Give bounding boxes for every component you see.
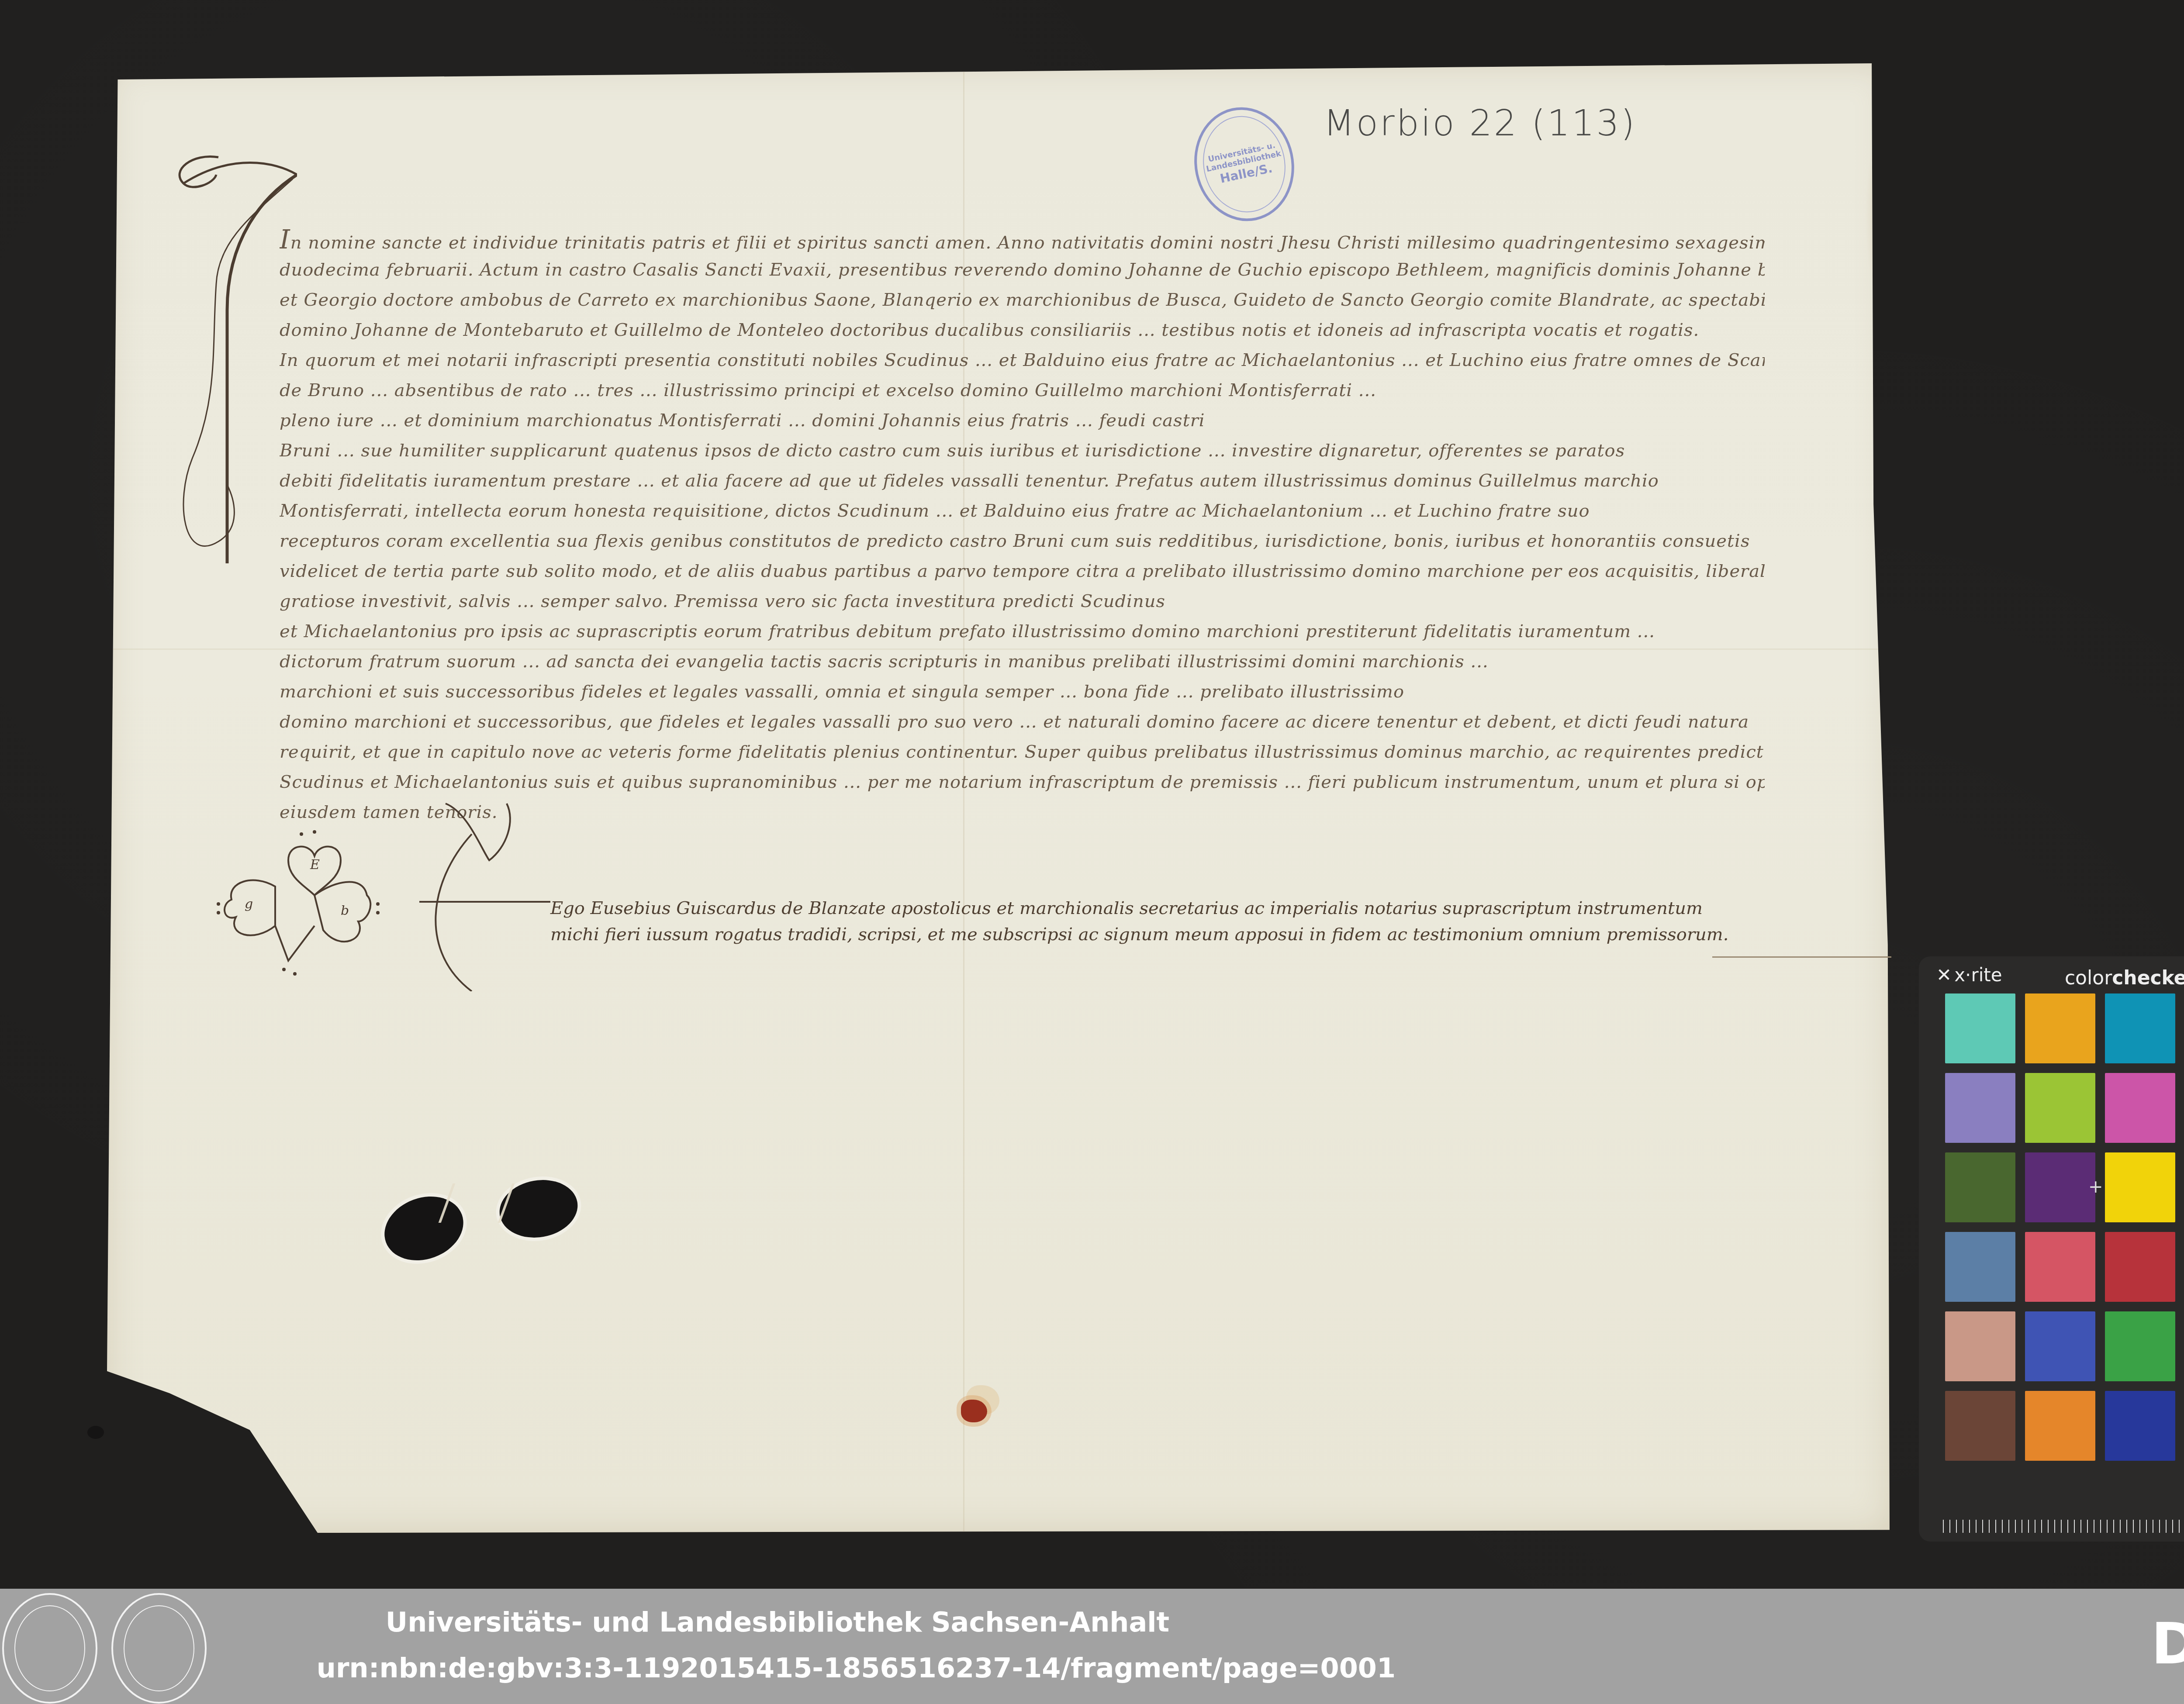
charter-line: duodecima februarii. Actum in castro Cas…	[280, 255, 1765, 285]
color-swatch	[1945, 1232, 2015, 1302]
urn-identifier[interactable]: urn:nbn:de:gbv:3:3-1192015415-1856516237…	[0, 1652, 1712, 1684]
institution-name: Universitäts- und Landesbibliothek Sachs…	[0, 1606, 1555, 1638]
color-swatch	[2025, 1152, 2095, 1222]
charter-line: domino marchioni et successoribus, que f…	[280, 707, 1765, 737]
charter-line: marchioni et suis successoribus fideles …	[280, 677, 1765, 707]
footer-bar: Universitäts- und Landesbibliothek Sachs…	[0, 1589, 2184, 1704]
charter-line: In quorum et mei notarii infrascripti pr…	[280, 345, 1765, 376]
color-swatch	[1945, 1391, 2015, 1461]
dfg-logo: DFG	[2151, 1611, 2184, 1677]
charter-line: domino Johanne de Montebaruto et Guillel…	[280, 315, 1765, 345]
subscription-line: Ego Eusebius Guiscardus de Blanzate apos…	[550, 895, 1773, 921]
color-swatch	[1945, 1311, 2015, 1381]
color-swatch	[2025, 1391, 2095, 1461]
charter-line: Scudinus et Michaelantonius suis et quib…	[280, 767, 1765, 797]
color-swatch	[2025, 1232, 2095, 1302]
charter-line: gratiose investivit, salvis ... semper s…	[280, 586, 1765, 617]
charter-body-text: In nomine sancte et individue trinitatis…	[280, 225, 1765, 828]
charter-line: et Michaelantonius pro ipsis ac suprascr…	[280, 617, 1765, 647]
color-swatch	[1945, 1152, 2015, 1222]
initial-letter-icon	[166, 127, 297, 572]
punch-hole	[87, 1426, 104, 1439]
subscription-line: michi fieri iussum rogatus tradidi, scri…	[550, 921, 1773, 948]
charter-line: de Bruno ... absentibus de rato ... tres…	[280, 376, 1765, 406]
signum-letter-b: b	[341, 903, 349, 918]
charter-line: debiti fidelitatis iuramentum prestare .…	[280, 466, 1765, 496]
shelfmark-annotation: Morbio 22 (113)	[1324, 103, 1637, 144]
notary-subscription: Ego Eusebius Guiscardus de Blanzate apos…	[550, 895, 1773, 948]
signum-letter-g: g	[245, 897, 253, 912]
color-swatch	[2105, 1073, 2175, 1143]
signum-letter-e: E	[310, 857, 320, 873]
color-swatch	[2105, 1391, 2175, 1461]
color-swatch-grid	[1932, 980, 2184, 1461]
charter-line: requirit, et que in capitulo nove ac vet…	[280, 737, 1765, 767]
charter-line: recepturos coram excellentia sua flexis …	[280, 526, 1765, 556]
charter-line: Bruni ... sue humiliter supplicarunt qua…	[280, 436, 1765, 466]
charter-line: pleno iure ... et dominium marchionatus …	[280, 406, 1765, 436]
ruled-line	[1712, 956, 1891, 958]
mm-ruler	[1943, 1520, 2184, 1533]
red-wax-seal-remnant	[961, 1400, 987, 1422]
charter-line: et Georgio doctore ambobus de Carreto ex…	[280, 285, 1765, 315]
charter-line: dictorum fratrum suorum ... ad sancta de…	[280, 647, 1765, 677]
color-swatch	[2025, 1311, 2095, 1381]
notarial-signum-icon: g E b	[201, 795, 550, 991]
color-swatch	[2025, 1073, 2095, 1143]
color-checker-card: ✕x·rite colorcheckerCLASSIC + mm	[1919, 956, 2184, 1542]
color-swatch	[1945, 993, 2015, 1063]
color-swatch	[2025, 993, 2095, 1063]
charter-line: In nomine sancte et individue trinitatis…	[280, 225, 1765, 255]
charter-line: Montisferrati, intellecta eorum honesta …	[280, 496, 1765, 526]
color-swatch	[2105, 1152, 2175, 1222]
color-swatch	[2105, 1311, 2175, 1381]
crosshair-icon: +	[2088, 1178, 2103, 1196]
color-swatch	[2105, 993, 2175, 1063]
color-swatch	[1945, 1073, 2015, 1143]
color-swatch	[2105, 1232, 2175, 1302]
charter-line: videlicet de tertia parte sub solito mod…	[280, 556, 1765, 586]
